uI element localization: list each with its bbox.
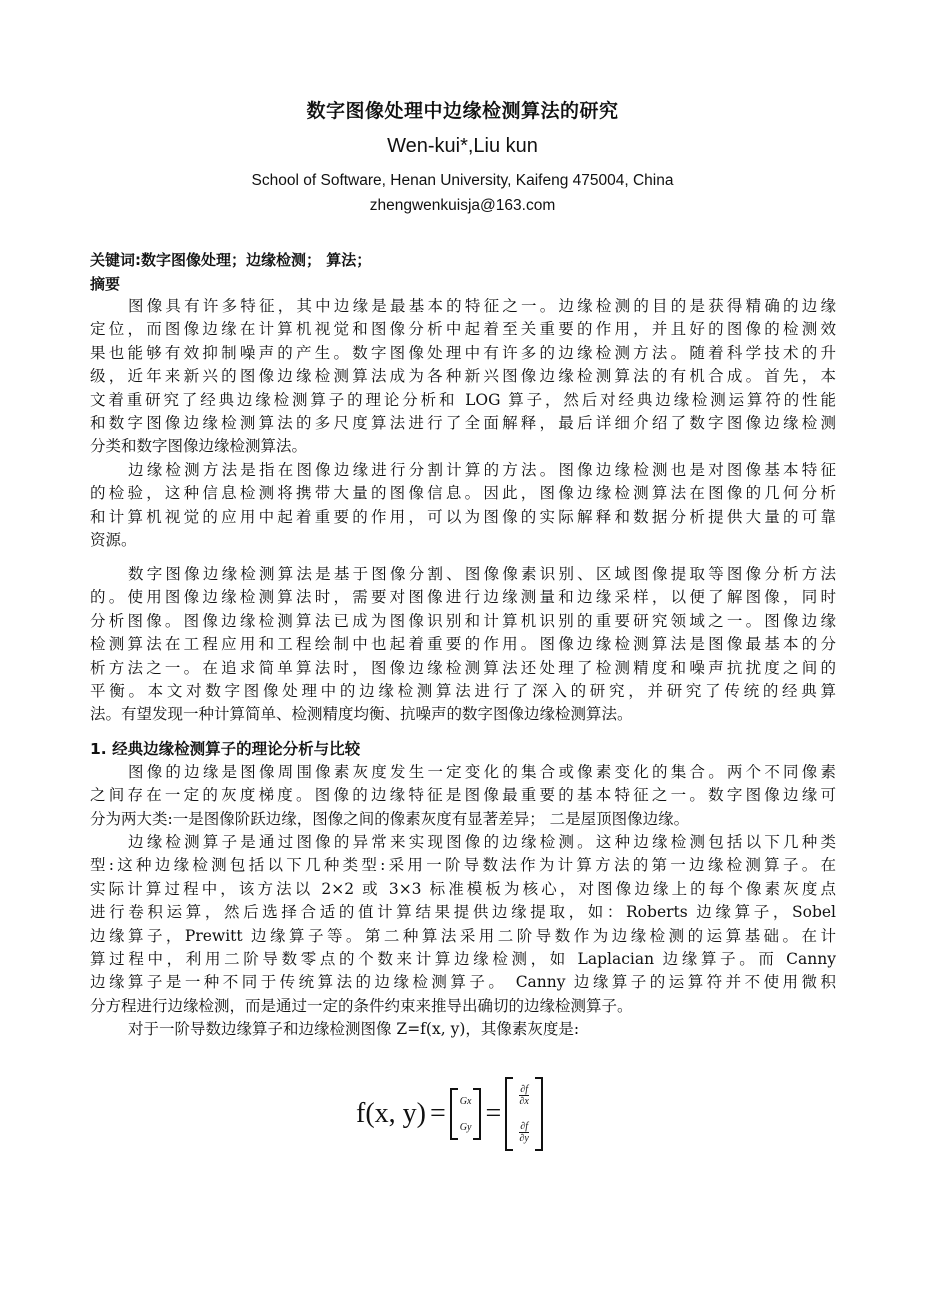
text-line: 图像的边缘是图像周围像素灰度发生一定变化的集合或像素变化的集合。两个不同像素 — [90, 761, 836, 784]
text-line: 定位，而图像边缘在计算机视觉和图像分析中起着至关重要的作用，并且好的图像的检测效 — [90, 318, 836, 341]
text-line: 之间存在一定的灰度梯度。图像的边缘特征是图像最重要的基本特征之一。数字图像边缘可 — [90, 784, 836, 807]
text-line: 分类和数字图像边缘检测算法。 — [90, 435, 836, 458]
section-1-paragraph-3: 对于一阶导数边缘算子和边缘检测图像 Z=f(x, y)，其像素灰度是: — [90, 1018, 836, 1041]
abstract-paragraph-3: 数字图像边缘检测算法是基于图像分割、图像像素识别、区域图像提取等图像分析方法 的… — [90, 563, 836, 727]
text-line: 级，近年来新兴的图像边缘检测算法成为各种新兴图像边缘检测算法的有机合成。首先，本 — [90, 365, 836, 388]
df-dy-fraction: ∂f ∂y — [519, 1121, 529, 1144]
text-line: 型:这种边缘检测包括以下几种类型:采用一阶导数法作为计算方法的第一边缘检测算子。… — [90, 854, 836, 877]
paper-email: zhengwenkuisja@163.com — [0, 197, 925, 215]
text-line: 和数字图像边缘检测算法的多尺度算法进行了全面解释，最后详细介绍了数字图像边缘检测 — [90, 412, 836, 435]
text-line: 分方程进行边缘检测，而是通过一定的条件约束来推导出确切的边缘检测算子。 — [90, 995, 836, 1018]
text-line: 对于一阶导数边缘算子和边缘检测图像 Z=f(x, y)，其像素灰度是: — [90, 1018, 836, 1041]
paper-authors: Wen-kui*,Liu kun — [0, 135, 925, 158]
text-line: 的检验，这种信息检测将携带大量的图像信息。因此，图像边缘检测算法在图像的几何分析 — [90, 482, 836, 505]
gy-component: Gy — [460, 1122, 472, 1133]
section-1-paragraph-2: 边缘检测算子是通过图像的异常来实现图像的边缘检测。这种边缘检测包括以下几种类 型… — [90, 831, 836, 1018]
abstract-paragraph-1: 图像具有许多特征，其中边缘是最基本的特征之一。边缘检测的目的是获得精确的边缘 定… — [90, 295, 836, 459]
section-1-heading: 1. 经典边缘检测算子的理论分析与比较 — [90, 737, 360, 759]
text-line: 析方法之一。在追求简单算法时，图像边缘检测算法还处理了检测精度和噪声抗扰度之间的 — [90, 657, 836, 680]
text-line: 和计算机视觉的应用中起着重要的作用，可以为图像的实际解释和数据分析提供大量的可靠 — [90, 506, 836, 529]
text-line: 的。使用图像边缘检测算法时，需要对图像进行边缘测量和边缘采样，以便了解图像，同时 — [90, 586, 836, 609]
text-line: 边缘算子是一种不同于传统算法的边缘检测算子。 Canny 边缘算子的运算符并不使… — [90, 971, 836, 994]
formula-lhs: f(x, y) — [356, 1098, 426, 1130]
gradient-formula: f(x, y) = Gx Gy = ∂f ∂x ∂f ∂y — [356, 1076, 543, 1152]
text-line: 检测算法在工程应用和工程绘制中也起着重要的作用。图像边缘检测算法是图像最基本的分 — [90, 633, 836, 656]
text-line: 果也能够有效抑制噪声的产生。数字图像处理中有许多的边缘检测方法。随着科学技术的升 — [90, 342, 836, 365]
text-line: 文着重研究了经典边缘检测算子的理论分析和 LOG 算子，然后对经典边缘检测运算符… — [90, 389, 836, 412]
formula-equals: = — [430, 1098, 446, 1130]
gradient-vector: Gx Gy — [450, 1088, 482, 1140]
keywords-line: 关键词:数字图像处理；边缘检测； 算法； — [90, 249, 371, 270]
formula-equals-2: = — [485, 1098, 501, 1130]
text-line: 实际计算过程中，该方法以 2×2 或 3×3 标准模板为核心，对图像边缘上的每个… — [90, 878, 836, 901]
text-line: 边缘检测算子是通过图像的异常来实现图像的边缘检测。这种边缘检测包括以下几种类 — [90, 831, 836, 854]
section-1-paragraph-1: 图像的边缘是图像周围像素灰度发生一定变化的集合或像素变化的集合。两个不同像素 之… — [90, 761, 836, 831]
df-dx-fraction: ∂f ∂x — [519, 1084, 529, 1107]
text-line: 平衡。本文对数字图像处理中的边缘检测算法进行了深入的研究，并研究了传统的经典算 — [90, 680, 836, 703]
text-line: 数字图像边缘检测算法是基于图像分割、图像像素识别、区域图像提取等图像分析方法 — [90, 563, 836, 586]
text-line: 算过程中，利用二阶导数零点的个数来计算边缘检测，如 Laplacian 边缘算子… — [90, 948, 836, 971]
text-line: 资源。 — [90, 529, 836, 552]
paper-affiliation: School of Software, Henan University, Ka… — [0, 172, 925, 190]
text-line: 图像具有许多特征，其中边缘是最基本的特征之一。边缘检测的目的是获得精确的边缘 — [90, 295, 836, 318]
abstract-heading: 摘要 — [90, 273, 120, 294]
paper-title: 数字图像处理中边缘检测算法的研究 — [0, 96, 925, 123]
partial-derivative-vector: ∂f ∂x ∂f ∂y — [505, 1077, 543, 1151]
text-line: 进行卷积运算，然后选择合适的值计算结果提供边缘提取，如：Roberts 边缘算子… — [90, 901, 836, 924]
text-line: 分析图像。图像边缘检测算法已成为图像识别和计算机识别的重要研究领域之一。图像边缘 — [90, 610, 836, 633]
text-line: 边缘算子，Prewitt 边缘算子等。第二种算法采用二阶导数作为边缘检测的运算基… — [90, 925, 836, 948]
text-line: 边缘检测方法是指在图像边缘进行分割计算的方法。图像边缘检测也是对图像基本特征 — [90, 459, 836, 482]
text-line: 分为两大类:一是图像阶跃边缘，图像之间的像素灰度有显著差异； 二是屋顶图像边缘。 — [90, 808, 836, 831]
text-line: 法。有望发现一种计算简单、检测精度均衡、抗噪声的数字图像边缘检测算法。 — [90, 703, 836, 726]
gx-component: Gx — [460, 1096, 472, 1107]
abstract-paragraph-2: 边缘检测方法是指在图像边缘进行分割计算的方法。图像边缘检测也是对图像基本特征 的… — [90, 459, 836, 553]
paper-page: 数字图像处理中边缘检测算法的研究 Wen-kui*,Liu kun School… — [0, 0, 925, 1309]
